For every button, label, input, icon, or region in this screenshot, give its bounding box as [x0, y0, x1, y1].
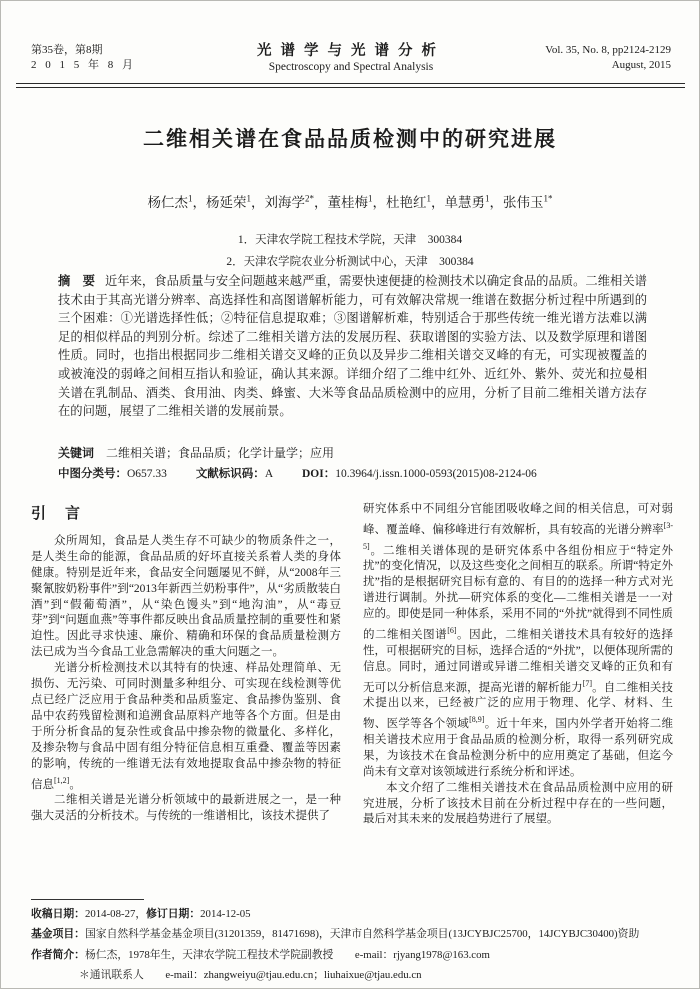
text-run: 本文介绍了二维相关谱技术在食品品质检测中应用的研究进展，分析了该技术目前在分析过…	[363, 782, 673, 826]
text-run: 研究体系中不同组分官能团吸收峰之间的相关信息，可对弱峰、覆盖峰、偏移峰进行有效解…	[363, 503, 673, 536]
text-run: 2014-08-27，	[85, 908, 146, 920]
bold-label: 收稿日期：	[31, 908, 85, 920]
abstract-block: 摘 要近年来，食品质量与安全问题越来越严重，需要快速便捷的检测技术以确定食品的品…	[58, 272, 647, 421]
superscript: [7]	[583, 679, 592, 688]
text-run: ，刘海学	[251, 195, 305, 210]
text-run: 2014-12-05	[200, 908, 250, 920]
text-run: ，杨延荣	[193, 195, 247, 210]
text-run: 杨仁杰	[148, 195, 189, 210]
doc-code-value: A	[265, 468, 273, 480]
journal-header: 第35卷，第8期 2 0 1 5 年 8 月 光谱学与光谱分析 Spectros…	[31, 43, 671, 79]
paper-page: 第35卷，第8期 2 0 1 5 年 8 月 光谱学与光谱分析 Spectros…	[0, 0, 700, 989]
body-columns: 引 言 众所周知，食品是人类生存不可缺少的物质条件之一，是人类生命的能源，食品品…	[31, 502, 673, 898]
clc-label: 中图分类号：	[58, 468, 127, 480]
text-run: 杨仁杰，1978年生，天津农学院工程技术学院副教授 e-mail：rjyang1…	[85, 949, 490, 961]
header-double-rule	[16, 83, 685, 88]
affiliation-1: 1．天津农学院工程技术学院，天津 300384	[1, 229, 699, 251]
superscript: 2*	[305, 194, 314, 204]
date-en: August, 2015	[545, 58, 671, 73]
text-run: ，单慧勇	[431, 195, 485, 210]
text-run: 二维相关谱是光谱分析领域中的最新进展之一，是一种强大灵活的分析技术。与传统的一维…	[31, 794, 341, 822]
intro-paragraph-2: 光谱分析检测技术以其特有的快速、样品处理简单、无损伤、无污染、可同时测量多种组分…	[31, 661, 341, 793]
clc-value: O657.33	[127, 468, 167, 480]
affiliations: 1．天津农学院工程技术学院，天津 300384 2．天津农学院农业分析测试中心，…	[1, 229, 699, 273]
intro-paragraph-3-start: 二维相关谱是光谱分析领域中的最新进展之一，是一种强大灵活的分析技术。与传统的一维…	[31, 793, 341, 825]
text-run: ，张伟玉	[490, 195, 544, 210]
meta-line: 中图分类号：O657.33 文献标识码：A DOI：10.3964/j.issn…	[58, 465, 647, 481]
section-heading-introduction: 引 言	[31, 506, 341, 522]
intro-paragraph-3-continued: 研究体系中不同组分官能团吸收峰之间的相关信息，可对弱峰、覆盖峰、偏移峰进行有效解…	[363, 502, 673, 781]
keywords-label: 关键词	[58, 446, 94, 460]
intro-paragraph-4: 本文介绍了二维相关谱技术在食品品质检测中应用的研究进展，分析了该技术目前在分析过…	[363, 781, 673, 829]
doi-label: DOI：	[302, 468, 335, 480]
text-run: ＊通讯联系人 e-mail：zhangweiyu@tjau.edu.cn；liu…	[79, 969, 422, 981]
abstract-text: 近年来，食品质量与安全问题越来越严重，需要快速便捷的检测技术以确定食品的品质。二…	[58, 274, 647, 418]
doi-value: 10.3964/j.issn.1000-0593(2015)08-2124-06	[335, 468, 537, 480]
intro-paragraph-1: 众所周知，食品是人类生存不可缺少的物质条件之一，是人类生命的能源，食品品质的好坏…	[31, 534, 341, 661]
paper-title: 二维相关谱在食品品质检测中的研究进展	[1, 123, 699, 153]
bold-label: 基金项目：	[31, 928, 85, 940]
bold-label: 作者简介：	[31, 949, 85, 961]
received-date-line: 收稿日期：2014-08-27，修订日期：2014-12-05	[31, 904, 676, 924]
superscript: 1*	[544, 194, 553, 204]
text-run: ，杜艳红	[373, 195, 427, 210]
affiliation-2: 2．天津农学院农业分析测试中心，天津 300384	[1, 251, 699, 273]
author-list: 杨仁杰1，杨延荣1，刘海学2*，董桂梅1，杜艳红1，单慧勇1，张伟玉1*	[1, 191, 699, 211]
volume-issue-en: Vol. 35, No. 8, pp2124-2129	[545, 43, 671, 58]
doc-code-label: 文献标识码：	[196, 468, 265, 480]
left-column: 引 言 众所周知，食品是人类生存不可缺少的物质条件之一，是人类生命的能源，食品品…	[31, 502, 341, 898]
superscript: [6]	[447, 626, 456, 635]
funding-line: 基金项目：国家自然科学基金基金项目(31201359，81471698)，天津市…	[31, 924, 676, 944]
text-run: 国家自然科学基金基金项目(31201359，81471698)，天津市自然科学基…	[85, 928, 639, 940]
header-citation-block: Vol. 35, No. 8, pp2124-2129 August, 2015	[545, 43, 671, 73]
text-run: 众所周知，食品是人类生存不可缺少的物质条件之一，是人类生命的能源，食品品质的好坏…	[31, 535, 341, 658]
bold-label: 修订日期：	[146, 908, 200, 920]
superscript: [8,9]	[469, 715, 484, 724]
author-bio-line: 作者简介：杨仁杰，1978年生，天津农学院工程技术学院副教授 e-mail：rj…	[31, 945, 676, 965]
text-run: 。	[69, 778, 81, 790]
keywords-line: 关键词二维相关谱；食品品质；化学计量学；应用	[58, 444, 647, 461]
abstract-label: 摘 要	[58, 274, 95, 288]
keywords-text: 二维相关谱；食品品质；化学计量学；应用	[106, 446, 334, 460]
text-run: ，董桂梅	[314, 195, 368, 210]
right-column: 研究体系中不同组分官能团吸收峰之间的相关信息，可对弱峰、覆盖峰、偏移峰进行有效解…	[363, 502, 673, 898]
text-run: 光谱分析检测技术以其特有的快速、样品处理简单、无损伤、无污染、可同时测量多种组分…	[31, 662, 341, 790]
text-run: 。二维相关谱体现的是研究体系中各组份相应于“特定外扰”的变化情况，以及这些变化之…	[363, 544, 673, 640]
corresponding-author-line: ＊通讯联系人 e-mail：zhangweiyu@tjau.edu.cn；liu…	[31, 965, 676, 985]
footnote-rule	[31, 899, 144, 900]
superscript: [1,2]	[54, 776, 69, 785]
footnote-block: 收稿日期：2014-08-27，修订日期：2014-12-05 基金项目：国家自…	[31, 904, 676, 986]
